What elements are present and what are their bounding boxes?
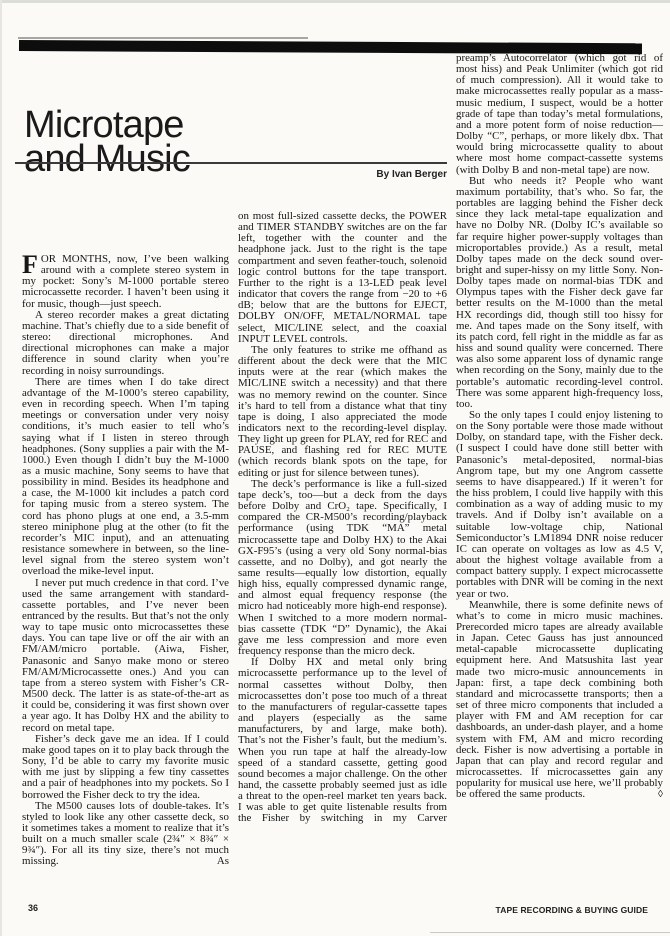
drop-cap: F <box>22 254 41 274</box>
magazine-page: Microtape and Music By Ivan Berger FOR M… <box>0 0 670 936</box>
paragraph: Fisher’s deck gave me an idea. If I coul… <box>22 734 229 801</box>
continuation-paragraph: preamp’s Autocorrelator (which got rid o… <box>456 53 663 176</box>
page-number: 36 <box>28 903 38 913</box>
page-left-edge <box>0 0 2 936</box>
paragraph: The M500 causes lots of double-takes. It… <box>22 801 229 868</box>
paragraph-text: OR MONTHS, now, I’ve been walking around… <box>22 253 229 310</box>
page-top-edge <box>0 0 670 3</box>
article-title-line1: Microtape <box>24 108 190 142</box>
paragraph: If Dolby HX and metal only bring microca… <box>238 657 447 824</box>
paragraph: The only features to strike me offhand a… <box>238 345 447 479</box>
page-bottom-edge <box>430 932 670 933</box>
article-title-line2: and Music <box>24 142 190 176</box>
paragraph: But who needs it? People who want maximu… <box>456 176 663 410</box>
paragraph: I never put much credence in that cord. … <box>22 578 229 734</box>
publication-title: TAPE RECORDING & BUYING GUIDE <box>496 905 648 915</box>
byline: By Ivan Berger <box>247 169 447 180</box>
article-end-diamond-icon: ◊ <box>645 789 663 800</box>
paragraph: There are times when I do take direct ad… <box>22 377 229 578</box>
paragraph: The deck’s performance is like a full-si… <box>238 479 447 658</box>
column-1: FOR MONTHS, now, I’ve been walking aroun… <box>22 254 229 868</box>
paragraph: A stereo recorder makes a great dictatin… <box>22 310 229 377</box>
closing-paragraph: Meanwhile, there is some definite news o… <box>456 600 663 801</box>
opening-paragraph: FOR MONTHS, now, I’ve been walking aroun… <box>22 254 229 310</box>
paragraph: So the only tapes I could enjoy listenin… <box>456 410 663 600</box>
paragraph-text: Meanwhile, there is some definite news o… <box>456 599 663 801</box>
title-rule <box>15 162 447 164</box>
column-3: preamp’s Autocorrelator (which got rid o… <box>456 53 663 800</box>
continuation-paragraph: on most full-sized cassette decks, the P… <box>238 211 447 345</box>
article-title: Microtape and Music <box>24 108 190 176</box>
column-2: on most full-sized cassette decks, the P… <box>238 211 447 825</box>
top-rule-fringe <box>18 37 308 39</box>
